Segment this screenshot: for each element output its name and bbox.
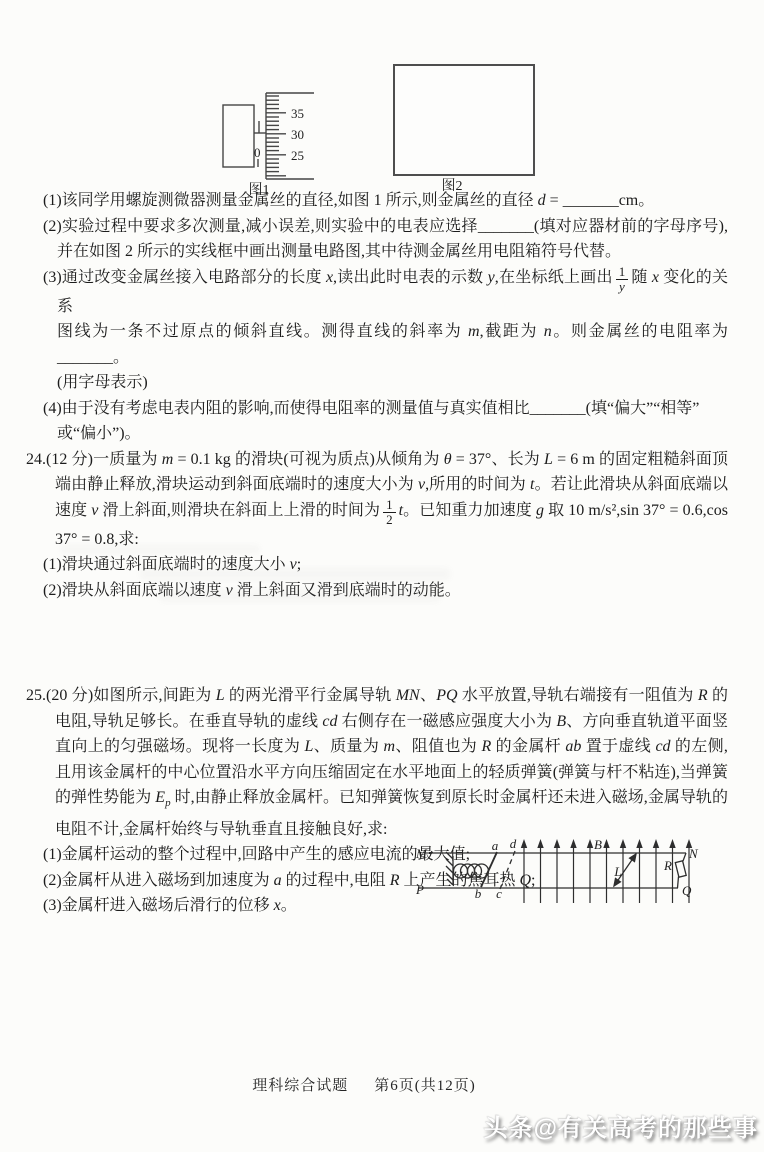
resistor-symbol (675, 861, 686, 877)
label-N: N (688, 846, 699, 861)
footer-exam-title: 理科综合试题 (252, 1078, 348, 1094)
wall-hatch (446, 873, 453, 880)
label-P: P (415, 882, 424, 897)
label-c: c (496, 886, 502, 901)
label-d: d (510, 836, 517, 851)
label-Q: Q (682, 883, 692, 898)
text-line: (2)实验过程中要求多次测量,减小误差,则实验中的电表应选择_______(填对… (26, 214, 728, 265)
thimble-label-30: 30 (291, 127, 304, 142)
text-line: (4)由于没有考虑电表内阻的影响,而使得电阻率的测量值与真实值相比_______… (26, 396, 728, 422)
watermark-text: 头条@有关高考的那些事 (484, 1108, 758, 1143)
label-M: M (415, 846, 428, 861)
scan-artifact (140, 568, 450, 580)
exam-paper-page: 0 35 30 25 图1 图2 (1)该同学用螺旋测微器测量金属丝的直径,如图… (0, 0, 764, 1152)
resistor-lead-top (683, 853, 686, 861)
resistor-lead-bottom (678, 877, 679, 889)
text-line: (1)该同学用螺旋测微器测量金属丝的直径,如图 1 所示,则金属丝的直径 d =… (26, 188, 728, 214)
main-scale-zero-label: 0 (254, 145, 261, 160)
text-line: 24.(12 分)一质量为 m = 0.1 kg 的滑块(可视为质点)从倾角为 … (26, 447, 728, 553)
thimble-label-35: 35 (291, 106, 304, 121)
label-B: B (594, 837, 602, 852)
text-line: (用字母表示) (26, 370, 728, 396)
scan-artifact (60, 545, 260, 553)
L-arrowhead-top (630, 854, 636, 862)
text-line: 或“偏小”)。 (26, 421, 728, 447)
text-line: 25.(20 分)如图所示,间距为 L 的两光滑平行金属导轨 MN、PQ 水平放… (26, 683, 728, 842)
wall-hatch (446, 859, 453, 866)
figure2-circuit-box (393, 64, 535, 176)
thimble-label-25: 25 (291, 148, 304, 163)
footer-page-number: 第6页(共12页) (374, 1078, 476, 1094)
thimble-ticks (266, 96, 286, 176)
label-a: a (492, 838, 499, 853)
question-text-flow: (1)该同学用螺旋测微器测量金属丝的直径,如图 1 所示,则金属丝的直径 d =… (26, 188, 728, 919)
scan-artifact (160, 590, 440, 602)
figure3-rails-diagram: M N P Q a b c d B L R (413, 830, 715, 910)
page-footer: 理科综合试题第6页(共12页) (0, 1074, 764, 1095)
L-arrowhead-bottom (614, 879, 620, 887)
wall-hatch (446, 866, 453, 873)
label-R: R (663, 858, 672, 873)
metal-rod-ab (481, 852, 497, 887)
dashed-line-cd (500, 851, 515, 889)
text-line: 图线为一条不过原点的倾斜直线。测得直线的斜率为 m,截距为 n。则金属丝的电阻率… (26, 319, 728, 370)
label-L: L (613, 864, 621, 879)
label-b: b (475, 886, 482, 901)
text-line: (3)通过改变金属丝接入电路部分的长度 x,读出此时电表的示数 y,在坐标纸上画… (26, 265, 728, 320)
micrometer-frame (223, 105, 254, 167)
